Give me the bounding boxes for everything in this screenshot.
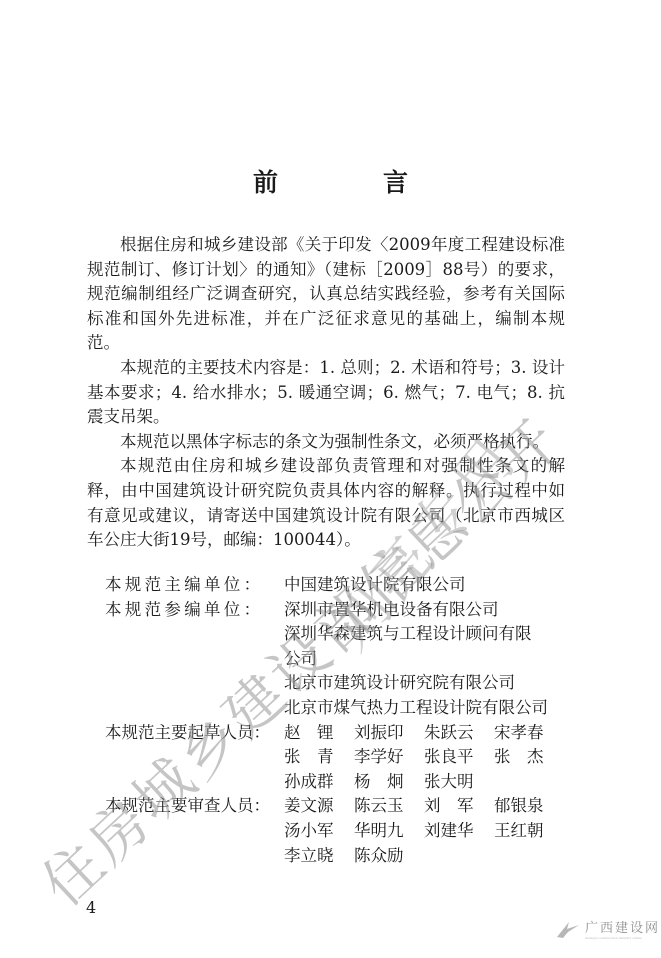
- participating-unit: 公司: [284, 647, 548, 672]
- drafter-name: 朱跃云: [424, 721, 494, 746]
- reviewer-name: 汤小军: [284, 819, 354, 844]
- participating-unit: 深圳华森建筑与工程设计顾问有限: [284, 622, 548, 647]
- drafter-name: 杨 炯: [354, 770, 424, 795]
- reviewers-label: 本规范主要审查人员：: [87, 794, 284, 868]
- reviewer-name: 刘建华: [424, 819, 494, 844]
- reviewers-row: 本规范主要审查人员： 姜文源 陈云玉 刘 军 郁银泉 汤小军 华明九 刘建华 王…: [87, 794, 587, 868]
- drafter-name: 赵 锂: [284, 721, 354, 746]
- drafter-name: 刘振印: [354, 721, 424, 746]
- reviewer-name: 陈云玉: [354, 794, 424, 819]
- reviewer-name: 刘 军: [424, 794, 494, 819]
- reviewer-name: 姜文源: [284, 794, 354, 819]
- drafter-name: 张 杰: [494, 745, 564, 770]
- reviewer-name: 陈众励: [354, 844, 424, 869]
- logo-name: 广西建设网: [585, 917, 660, 936]
- page-title: 前 言: [0, 163, 661, 199]
- drafters-label: 本规范主要起草人员：: [87, 721, 284, 795]
- reviewer-name: 李立晓: [284, 844, 354, 869]
- participating-unit: 北京市煤气热力工程设计院有限公司: [284, 696, 548, 721]
- chief-unit-row: 本规范主编单位： 中国建筑设计院有限公司: [87, 573, 587, 598]
- drafter-name: 李学好: [354, 745, 424, 770]
- drafter-name: 张大明: [424, 770, 494, 795]
- reviewer-name: 郁银泉: [494, 794, 564, 819]
- chief-unit-label: 本规范主编单位：: [87, 573, 284, 598]
- site-logo: 广西建设网 Guangxi construction industry onli…: [555, 917, 660, 940]
- paragraph-basis: 根据住房和城乡建设部《关于印发〈2009年度工程建设标准规范制订、修订计划〉的通…: [87, 233, 565, 356]
- paragraph-management: 本规范由住房和城乡建设部负责管理和对强制性条文的解释，由中国建筑设计研究院负责具…: [87, 454, 565, 552]
- drafters-row: 本规范主要起草人员： 赵 锂 刘振印 朱跃云 宋孝春 张 青 李学好 张良平 张…: [87, 721, 587, 795]
- credits-section: 本规范主编单位： 中国建筑设计院有限公司 本规范参编单位： 深圳市置华机电设备有…: [87, 573, 587, 868]
- drafter-name: 宋孝春: [494, 721, 564, 746]
- reviewer-name: 王红朝: [494, 819, 564, 844]
- paragraph-mandatory: 本规范以黑体字标志的条文为强制性条文，必须严格执行。: [87, 430, 565, 455]
- participating-unit: 北京市建筑设计研究院有限公司: [284, 671, 548, 696]
- participating-unit: 深圳市置华机电设备有限公司: [284, 598, 548, 623]
- page-number: 4: [86, 898, 96, 917]
- star-logo-icon: [555, 919, 581, 939]
- logo-subtitle: Guangxi construction industry online: [585, 936, 660, 940]
- paragraph-contents: 本规范的主要技术内容是：1. 总则；2. 术语和符号；3. 设计基本要求；4. …: [87, 356, 565, 430]
- drafter-name: 张 青: [284, 745, 354, 770]
- document-page: 前 言 根据住房和城乡建设部《关于印发〈2009年度工程建设标准规范制订、修订计…: [0, 0, 661, 958]
- participating-units-label: 本规范参编单位：: [87, 598, 284, 721]
- chief-unit-name: 中国建筑设计院有限公司: [284, 573, 466, 598]
- preface-body: 根据住房和城乡建设部《关于印发〈2009年度工程建设标准规范制订、修订计划〉的通…: [87, 233, 565, 553]
- participating-units-row: 本规范参编单位： 深圳市置华机电设备有限公司 深圳华森建筑与工程设计顾问有限 公…: [87, 598, 587, 721]
- drafter-name: 孙成群: [284, 770, 354, 795]
- drafter-name: 张良平: [424, 745, 494, 770]
- reviewer-name: 华明九: [354, 819, 424, 844]
